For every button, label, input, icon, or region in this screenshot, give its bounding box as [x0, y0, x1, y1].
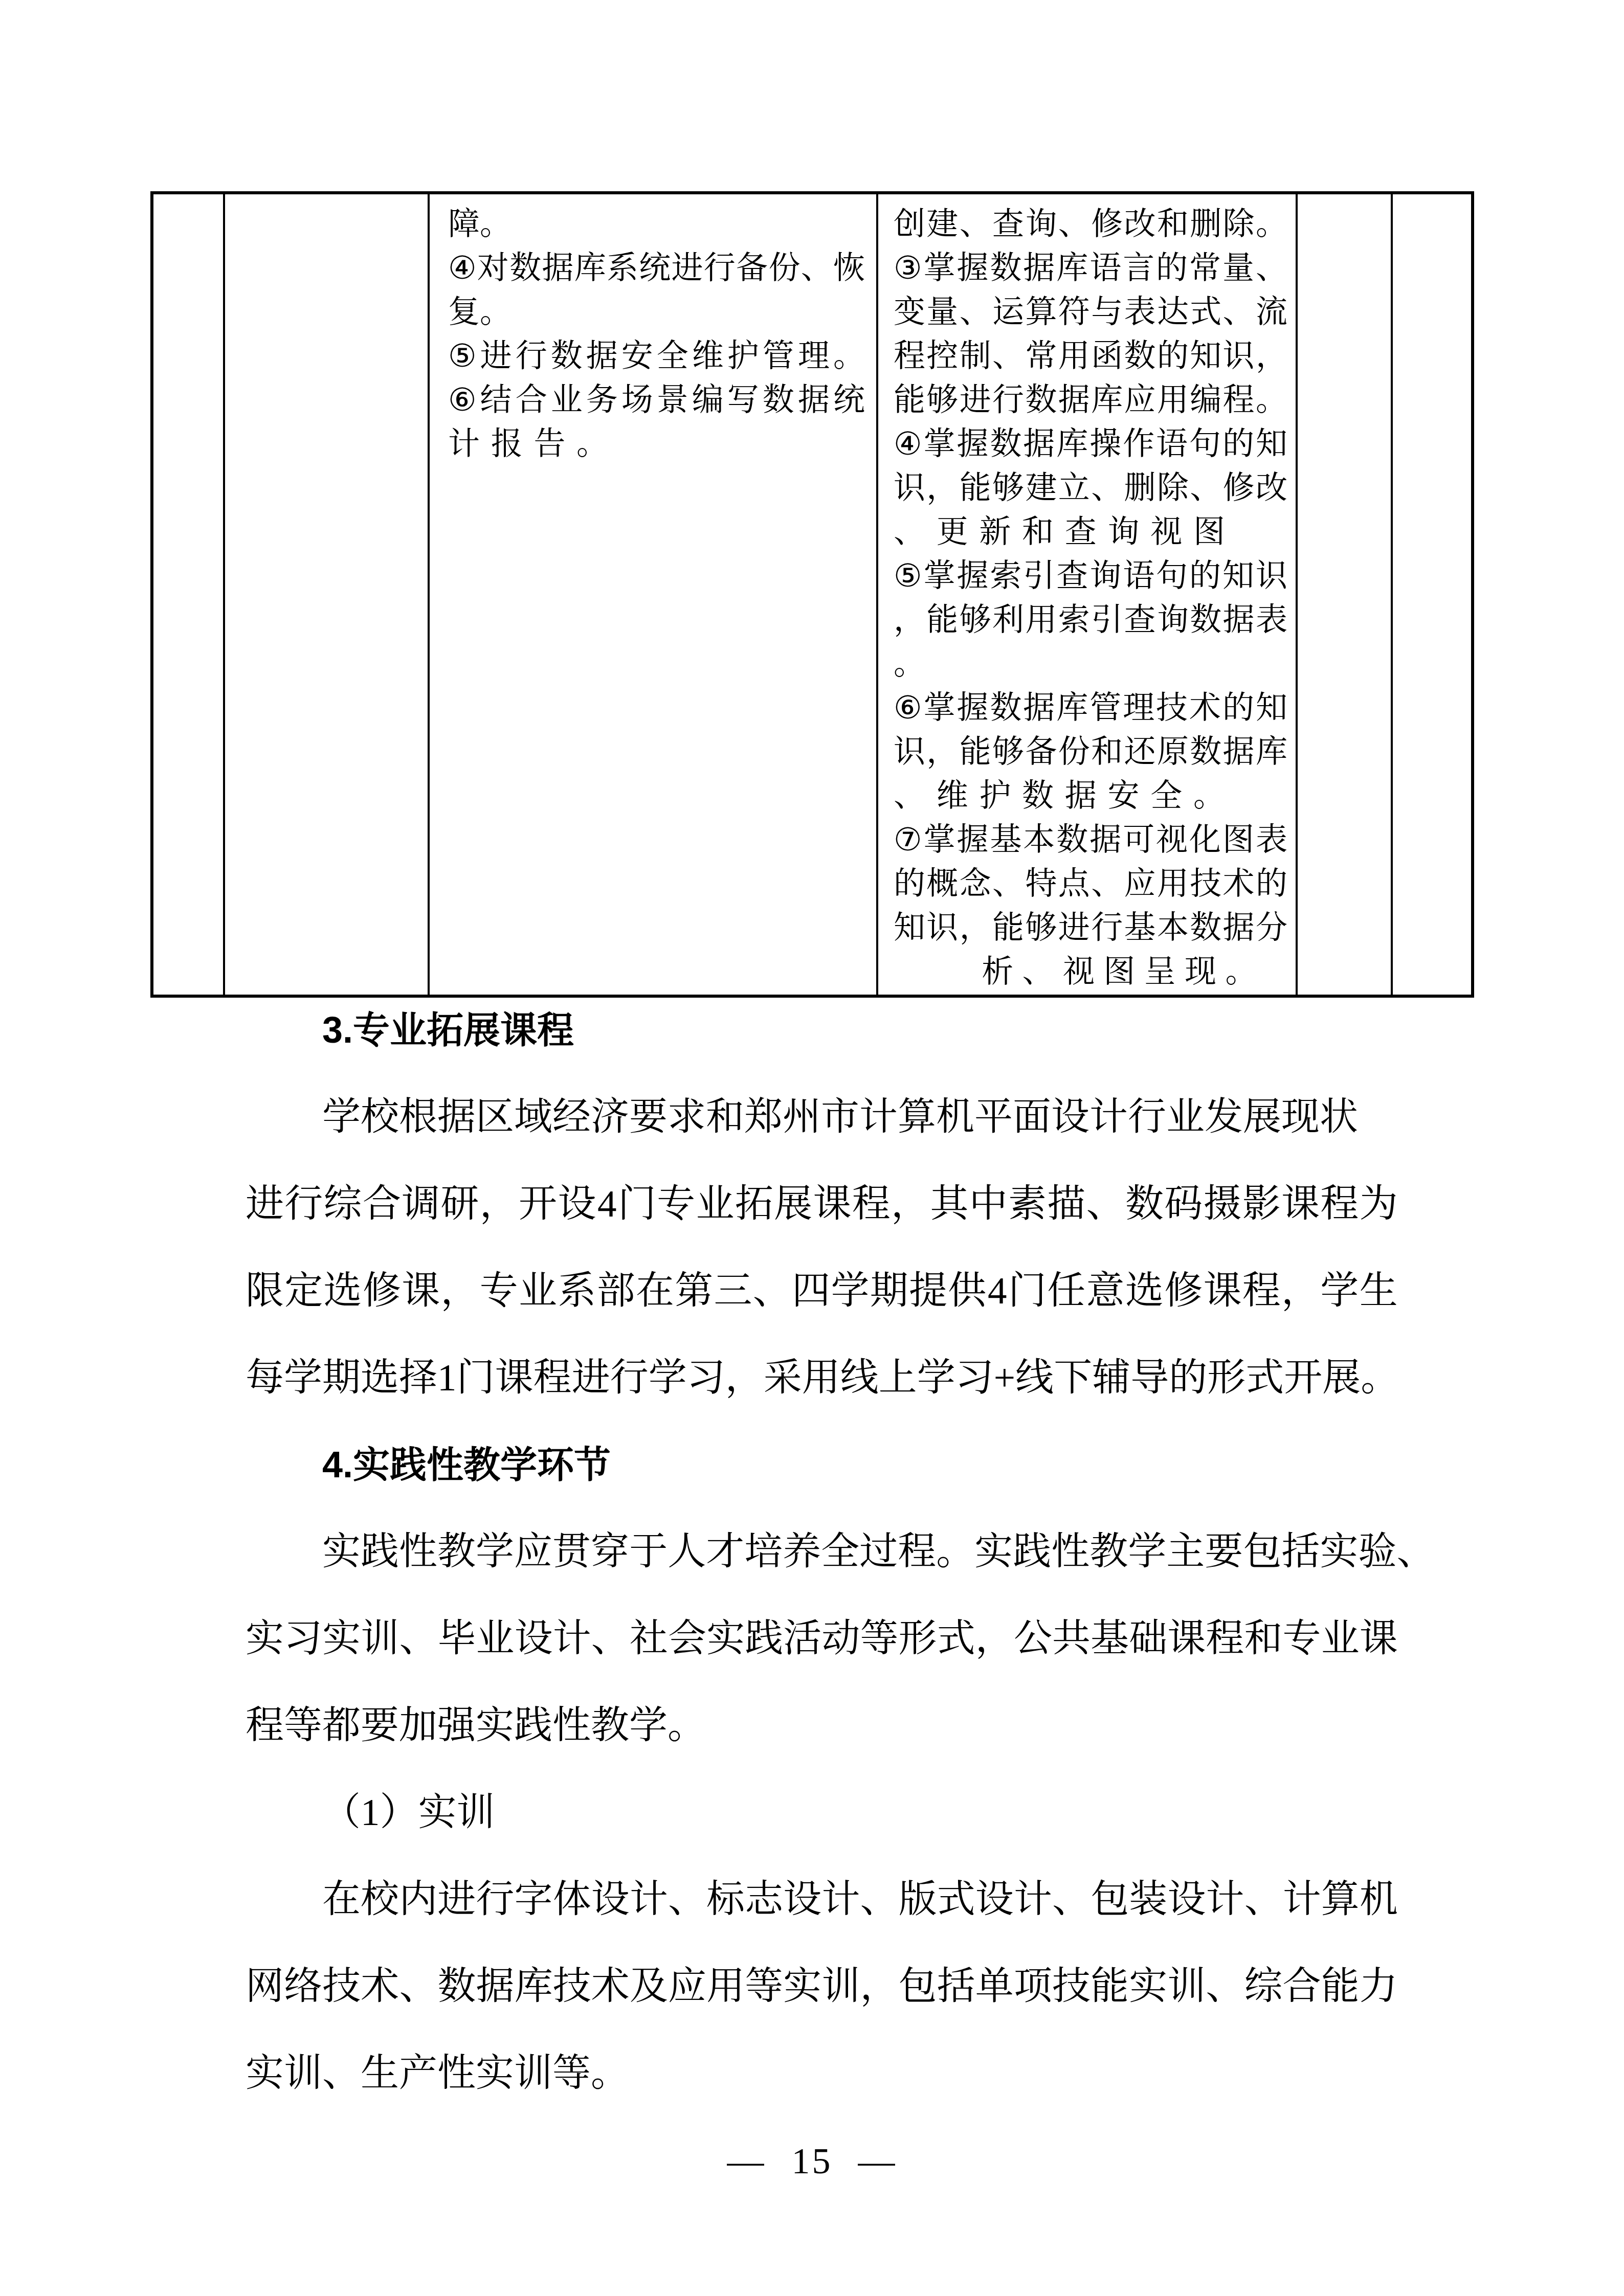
body-line: 在校内进行字体设计、标志设计、版式设计、包装设计、计算机: [246, 1856, 1398, 1943]
table-line: ⑤进行数据安全维护管理。: [448, 334, 865, 378]
body-line: 每学期选择 1 门课程进行学习，采用线上学习+线下辅导的形式开展。: [246, 1335, 1398, 1422]
table-line: 变量、运算符与表达式、流: [894, 290, 1287, 334]
section-4-heading: 4.实践性教学环节: [246, 1422, 1398, 1509]
table-line: 障。: [448, 202, 865, 246]
table-line: ，能够利用索引查询数据表: [894, 598, 1287, 642]
table-line: ③掌握数据库语言的常量、: [894, 246, 1287, 290]
table-empty-cell-4: [1393, 194, 1471, 995]
table-empty-cell-3: [1298, 194, 1393, 995]
table-line: 识，能够建立、删除、修改: [894, 466, 1287, 510]
body-line: 学校根据区域经济要求和郑州市计算机平面设计行业发展现状: [246, 1074, 1398, 1161]
table-line: 创建、查询、修改和删除。: [894, 202, 1287, 246]
page-number: — 15 —: [0, 2140, 1624, 2182]
table-line: ④掌握数据库操作语句的知: [894, 422, 1287, 466]
table-cell-work-tasks: 障。 ④对数据库系统进行备份、恢 复。 ⑤进行数据安全维护管理。 ⑥结合业务场景…: [430, 194, 878, 995]
body-line: 实训、生产性实训等。: [246, 2030, 1398, 2117]
section-3-heading: 3.专业拓展课程: [246, 987, 1398, 1074]
curriculum-table: 障。 ④对数据库系统进行备份、恢 复。 ⑤进行数据安全维护管理。 ⑥结合业务场景…: [150, 191, 1474, 998]
table-line: 知识，能够进行基本数据分: [894, 906, 1287, 950]
table-empty-cell-1: [153, 194, 225, 995]
table-line: ⑥结合业务场景编写数据统: [448, 378, 865, 422]
table-line: ⑤掌握索引查询语句的知识: [894, 554, 1287, 598]
body-line: 程等都要加强实践性教学。: [246, 1682, 1398, 1769]
body-text: 3.专业拓展课程 学校根据区域经济要求和郑州市计算机平面设计行业发展现状 进行综…: [246, 987, 1398, 2117]
subsection-1-heading: （1）实训: [246, 1769, 1398, 1856]
table-line: 程控制、常用函数的知识，: [894, 334, 1287, 378]
table-cell-knowledge-skills: 创建、查询、修改和删除。 ③掌握数据库语言的常量、 变量、运算符与表达式、流 程…: [878, 194, 1298, 995]
table-line: 能够进行数据库应用编程。: [894, 378, 1287, 422]
body-line: 实践性教学应贯穿于人才培养全过程。实践性教学主要包括实验、: [246, 1509, 1398, 1595]
table-line: ⑥掌握数据库管理技术的知: [894, 686, 1287, 730]
table-line: 。: [894, 642, 1287, 686]
table-line: ⑦掌握基本数据可视化图表: [894, 818, 1287, 862]
table-line: ④对数据库系统进行备份、恢: [448, 246, 865, 290]
table-line: 计报告。: [448, 422, 865, 466]
table-line: 识，能够备份和还原数据库: [894, 730, 1287, 774]
body-line: 网络技术、数据库技术及应用等实训，包括单项技能实训、综合能力: [246, 1943, 1398, 2030]
body-line: 实习实训、毕业设计、社会实践活动等形式，公共基础课程和专业课: [246, 1595, 1398, 1682]
table-line: 的概念、特点、应用技术的: [894, 862, 1287, 906]
document-page: 障。 ④对数据库系统进行备份、恢 复。 ⑤进行数据安全维护管理。 ⑥结合业务场景…: [0, 0, 1624, 2296]
table-empty-cell-2: [225, 194, 430, 995]
table-line: 、维护数据安全。: [894, 774, 1287, 818]
table-line: 、更新和查询视图: [894, 510, 1287, 554]
body-line: 限定选修课，专业系部在第三、四学期提供 4 门任意选修课程，学生: [246, 1248, 1398, 1335]
table-line: 复。: [448, 290, 865, 334]
body-line: 进行综合调研，开设 4 门专业拓展课程，其中素描、数码摄影课程为: [246, 1161, 1398, 1248]
